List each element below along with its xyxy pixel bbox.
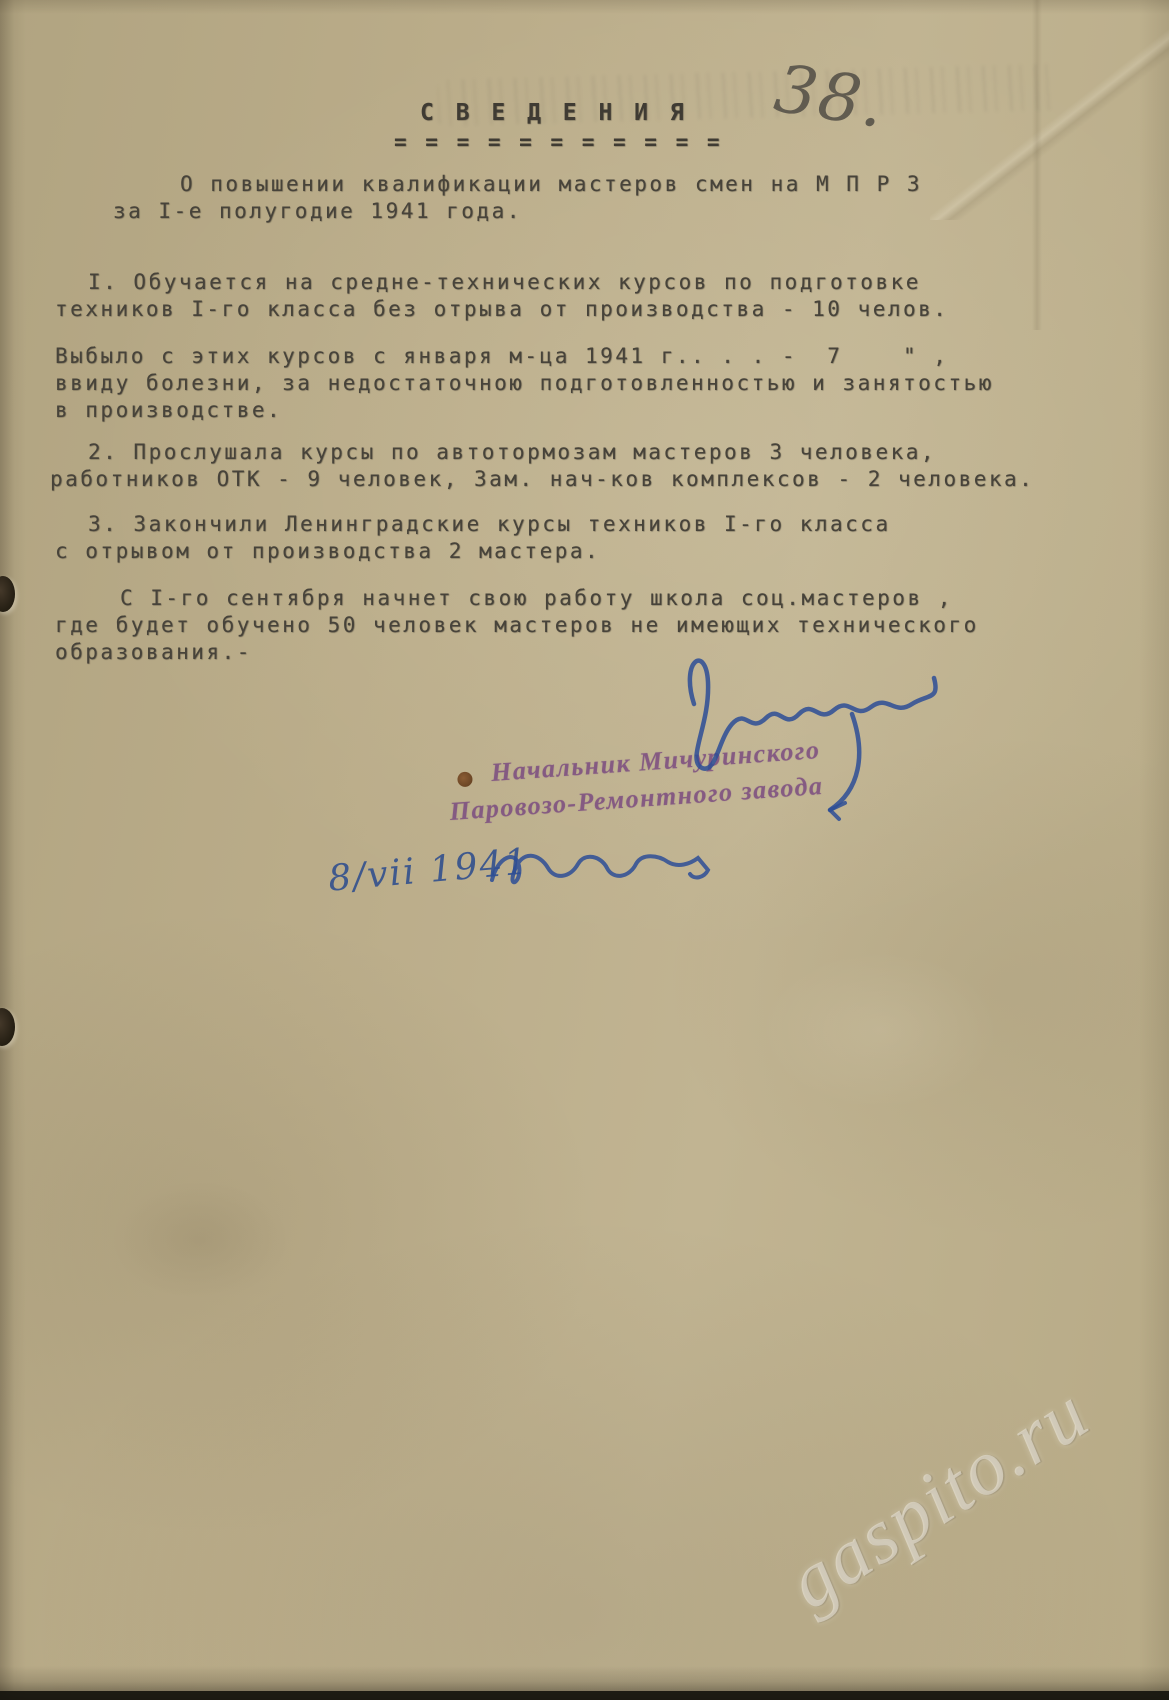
paragraph-5-line-1: С I-го сентября начнет свою работу школа… <box>120 586 953 610</box>
vertical-crease <box>1032 0 1042 330</box>
site-watermark: gaspito.ru <box>687 1312 1169 1682</box>
subject-line-2: за I-е полугодие 1941 года. <box>113 199 522 223</box>
handwritten-initials-ink <box>482 828 732 918</box>
paragraph-4-line-2: с отрывом от производства 2 мастера. <box>55 539 600 563</box>
paragraph-3-line-2: работников ОТК - 9 человек, Зам. нач-ков… <box>50 467 1034 491</box>
paper-stain <box>760 950 1000 1110</box>
paragraph-2-line-2: ввиду болезни, за недостаточною подготов… <box>55 371 994 395</box>
right-edge-shadow <box>1139 0 1169 1700</box>
paragraph-1-line-1: I. Обучается на средне-технических курсо… <box>88 270 921 294</box>
handwritten-page-number: 38. <box>770 50 892 143</box>
paragraph-5-line-2: где будет обучено 50 человек мастеров не… <box>55 613 979 637</box>
paragraph-4-line-1: 3. Закончили Ленинградские курсы технико… <box>88 512 891 536</box>
document-title: С В Е Д Е Н И Я <box>420 100 688 126</box>
paragraph-5-line-3: образования.- <box>55 640 252 664</box>
paper-stain <box>110 1180 290 1300</box>
subject-line-1: О повышении квалификации мастеров смен н… <box>180 172 922 196</box>
document-page: 38. С В Е Д Е Н И Я = = = = = = = = = = … <box>0 0 1169 1700</box>
paragraph-3-line-1: 2. Прослушала курсы по автотормозам маст… <box>88 440 936 464</box>
title-underline: = = = = = = = = = = = <box>394 130 723 154</box>
signature-ink <box>672 642 982 832</box>
left-edge-shadow <box>0 0 26 1700</box>
paragraph-1-line-2: техников I-го класса без отрыва от произ… <box>55 297 948 321</box>
paragraph-2-line-1: Выбыло с этих курсов с января м-ца 1941 … <box>55 344 948 368</box>
paragraph-2-line-3: в производстве. <box>55 398 282 422</box>
ink-speck <box>457 771 473 787</box>
scan-bottom-strip <box>0 1691 1169 1700</box>
